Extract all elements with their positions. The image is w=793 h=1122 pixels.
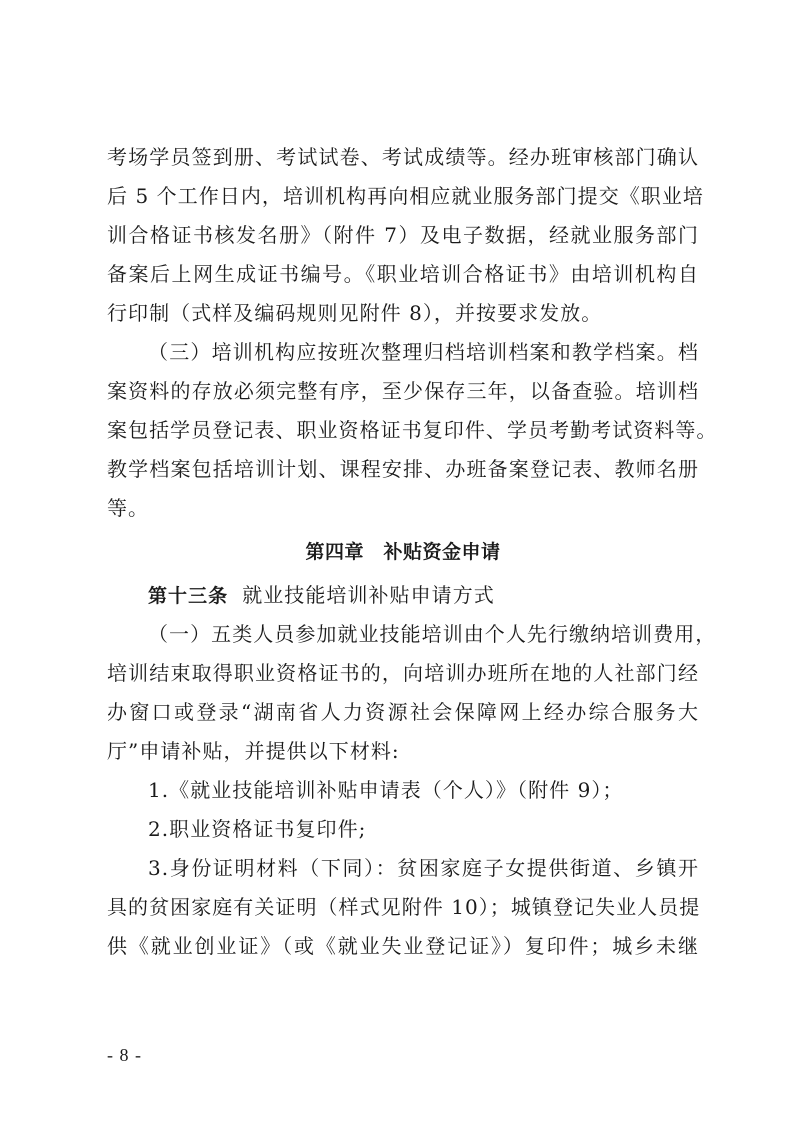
list-item: 1.《就业技能培训补贴申请表（个人）》（附件 9）； xyxy=(107,771,699,810)
text-line: 教学档案包括培训计划、课程安排、办班备案登记表、教师名册 xyxy=(107,450,699,489)
page-number: - 8 - xyxy=(107,1045,142,1066)
text-line: 后 5 个工作日内，培训机构再向相应就业服务部门提交《职业培 xyxy=(107,177,699,216)
text-line: 备案后上网生成证书编号。《职业培训合格证书》由培训机构自 xyxy=(107,255,699,294)
text-line: 3.身份证明材料（下同）：贫困家庭子女提供街道、乡镇开 xyxy=(107,849,699,888)
text-line: 供《就业创业证》（或《就业失业登记证》）复印件；城乡未继 xyxy=(107,927,699,966)
text-line: 培训结束取得职业资格证书的，向培训办班所在地的人社部门经 xyxy=(107,654,699,693)
text-line: 案资料的存放必须完整有序，至少保存三年，以备查验。培训档 xyxy=(107,372,699,411)
paragraph-identity-materials: 3.身份证明材料（下同）：贫困家庭子女提供街道、乡镇开 具的贫困家庭有关证明（样… xyxy=(107,849,699,966)
text-line: 厅”申请补贴，并提供以下材料: xyxy=(107,732,699,771)
text-line: 案包括学员登记表、职业资格证书复印件、学员考勤考试资料等。 xyxy=(107,411,699,450)
article-title: 就业技能培训补贴申请方式 xyxy=(242,583,495,607)
list-item: 2.职业资格证书复印件; xyxy=(107,810,699,849)
materials-list: 1.《就业技能培训补贴申请表（个人）》（附件 9）； 2.职业资格证书复印件; xyxy=(107,771,699,849)
chapter-heading: 第四章 补贴资金申请 xyxy=(107,530,699,574)
article-number: 第十三条 xyxy=(148,585,228,607)
text-line: 行印制（式样及编码规则见附件 8），并按要求发放。 xyxy=(107,294,699,333)
paragraph-application-method: （一）五类人员参加就业技能培训由个人先行缴纳培训费用， 培训结束取得职业资格证书… xyxy=(107,615,699,771)
text-line: （三）培训机构应按班次整理归档培训档案和教学档案。档 xyxy=(107,333,699,372)
text-line: 考场学员签到册、考试试卷、考试成绩等。经办班审核部门确认 xyxy=(107,138,699,177)
text-line: 具的贫困家庭有关证明（样式见附件 10）；城镇登记失业人员提 xyxy=(107,888,699,927)
article-heading: 第十三条就业技能培训补贴申请方式 xyxy=(107,576,699,615)
text-line: 办窗口或登录“湖南省人力资源社会保障网上经办综合服务大 xyxy=(107,693,699,732)
text-line: （一）五类人员参加就业技能培训由个人先行缴纳培训费用， xyxy=(107,615,699,654)
text-line: 训合格证书核发名册》（附件 7）及电子数据，经就业服务部门 xyxy=(107,216,699,255)
text-line: 等。 xyxy=(107,489,699,528)
document-page: 考场学员签到册、考试试卷、考试成绩等。经办班审核部门确认 后 5 个工作日内，培… xyxy=(107,138,699,966)
paragraph-archives: （三）培训机构应按班次整理归档培训档案和教学档案。档 案资料的存放必须完整有序，… xyxy=(107,333,699,528)
paragraph-training-certificate: 考场学员签到册、考试试卷、考试成绩等。经办班审核部门确认 后 5 个工作日内，培… xyxy=(107,138,699,333)
